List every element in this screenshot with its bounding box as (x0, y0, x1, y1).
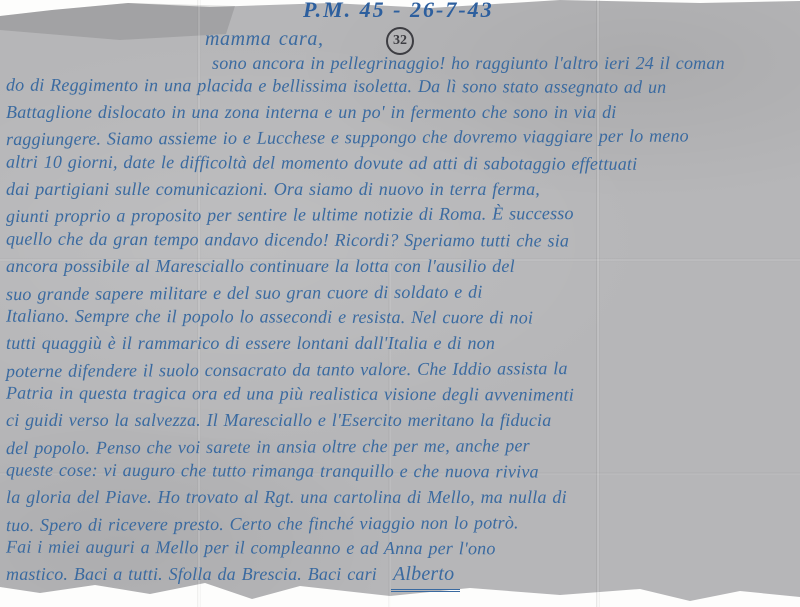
signature: Alberto (391, 562, 460, 592)
letter-line: Patria in questa tragica ora ed una più … (6, 381, 798, 409)
letter-line: tutti quaggiù è il rammarico di essere l… (6, 331, 798, 357)
salutation: mamma cara, (205, 28, 324, 51)
letter-line: suo grande sapere militare e del suo gra… (6, 277, 798, 307)
letter-line: queste cose: vi auguro che tutto rimanga… (6, 458, 798, 486)
postmark-date: P.M. 45 - 26-7-43 (303, 0, 494, 23)
letter-line: ancora possibile al Maresciallo continua… (6, 254, 798, 280)
letter-line: quello che da gran tempo andavo dicendo!… (6, 227, 798, 255)
letter-line: del popolo. Penso che voi sarete in ansi… (6, 432, 798, 462)
opening-line: sono ancora in pellegrinaggio! ho raggiu… (212, 53, 796, 74)
page-number-stamp: 32 (386, 27, 414, 55)
letter-line: giunti proprio a proposito per sentire l… (6, 200, 798, 230)
letter-line-text: mastico. Baci a tutti. Sfolla da Brescia… (6, 564, 377, 584)
letter-line: raggiungere. Siamo assieme io e Lucchese… (6, 123, 798, 153)
letter-line: la gloria del Piave. Ho trovato al Rgt. … (6, 485, 798, 511)
letter-line: mastico. Baci a tutti. Sfolla da Brescia… (6, 562, 798, 588)
letter-line: Italiano. Sempre che il popolo lo asseco… (6, 304, 798, 332)
letter-line: tuo. Spero di ricevere presto. Certo che… (6, 509, 798, 539)
scanned-letter: P.M. 45 - 26-7-43 32 mamma cara, sono an… (0, 0, 800, 607)
letter-line: altri 10 giorni, date le difficoltà del … (6, 150, 798, 178)
letter-line: Fai i miei auguri a Mello per il complea… (6, 535, 798, 563)
letter-body: do di Reggimento in una placida e bellis… (6, 74, 798, 588)
letter-line: poterne difendere il suolo consacrato da… (6, 354, 798, 384)
letter-line: do di Reggimento in una placida e bellis… (6, 73, 798, 101)
letter-line: Battaglione dislocato in una zona intern… (6, 100, 798, 126)
letter-line: ci guidi verso la salvezza. Il Marescial… (6, 408, 798, 434)
letter-line: dai partigiani sulle comunicazioni. Ora … (6, 177, 798, 203)
